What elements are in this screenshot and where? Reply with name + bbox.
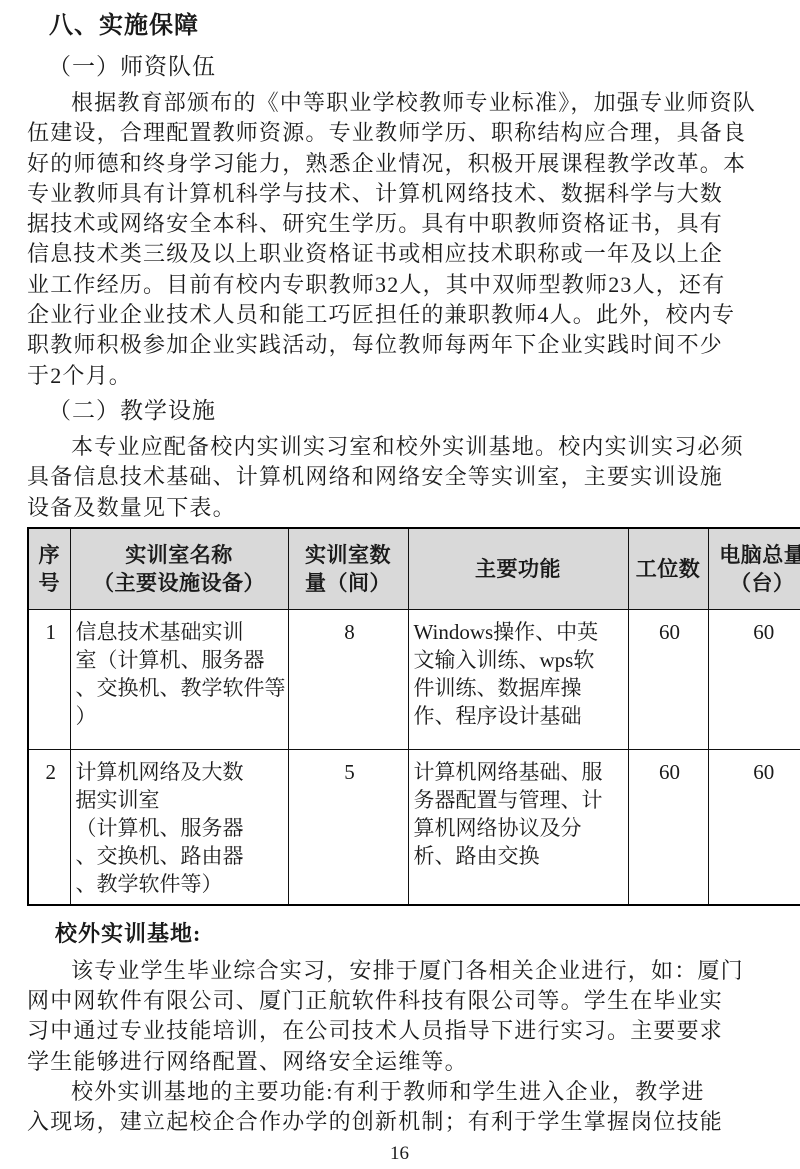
paragraph-offcampus-internship: 该专业学生毕业综合实习，安排于厦门各相关企业进行，如：厦门 网中网软件有限公司、… [27,956,782,1077]
subsection-title-teachers: （一）师资队伍 [48,52,775,82]
row2-index: 2 [28,750,70,905]
col-header-function: 主要功能 [408,528,628,610]
col-header-count: 实训室数 量（间） [288,528,408,610]
row1-computers: 60 [708,610,800,750]
document-page: 八、实施保障 （一）师资队伍 根据教育部颁布的《中等职业学校教师专业标准》，加强… [0,0,800,1169]
row1-count: 8 [288,610,408,750]
row2-computers: 60 [708,750,800,905]
training-rooms-table: 序号 实训室名称 （主要设施设备） 实训室数 量（间） 主要功能 工位数 电脑总… [27,527,800,906]
table-row: 1 信息技术基础实训 室（计算机、服务器 、交换机、教学软件等 ） 8 Wind… [28,610,800,750]
table-header-row: 序号 实训室名称 （主要设施设备） 实训室数 量（间） 主要功能 工位数 电脑总… [28,528,800,610]
row1-index: 1 [28,610,70,750]
paragraph-facilities-intro: 本专业应配备校内实训实习室和校外实训基地。校内实训实习必须 具备信息技术基础、计… [27,432,782,523]
col-header-room: 实训室名称 （主要设施设备） [70,528,288,610]
row1-function: Windows操作、中英 文输入训练、wps软 件训练、数据库操 作、程序设计基… [408,610,628,750]
row1-room: 信息技术基础实训 室（计算机、服务器 、交换机、教学软件等 ） [70,610,288,750]
offcampus-base-title: 校外实训基地: [55,919,775,949]
row2-function: 计算机网络基础、服 务器配置与管理、计 算机网络协议及分 析、路由交换 [408,750,628,905]
table-row: 2 计算机网络及大数 据实训室 （计算机、服务器 、交换机、路由器 、教学软件等… [28,750,800,905]
page-number: 16 [27,1143,772,1165]
section-heading: 八、实施保障 [49,10,775,42]
paragraph-offcampus-function: 校外实训基地的主要功能:有利于教师和学生进入企业，教学进 入现场，建立起校企合作… [27,1077,782,1138]
row2-stations: 60 [628,750,708,905]
col-header-index: 序号 [28,528,70,610]
col-header-stations: 工位数 [628,528,708,610]
row1-stations: 60 [628,610,708,750]
row2-count: 5 [288,750,408,905]
subsection-title-facilities: （二）教学设施 [48,396,775,426]
col-header-computers: 电脑总量 （台） [708,528,800,610]
row2-room: 计算机网络及大数 据实训室 （计算机、服务器 、交换机、路由器 、教学软件等） [70,750,288,905]
paragraph-teacher-team: 根据教育部颁布的《中等职业学校教师专业标准》，加强专业师资队 伍建设，合理配置教… [27,88,782,391]
